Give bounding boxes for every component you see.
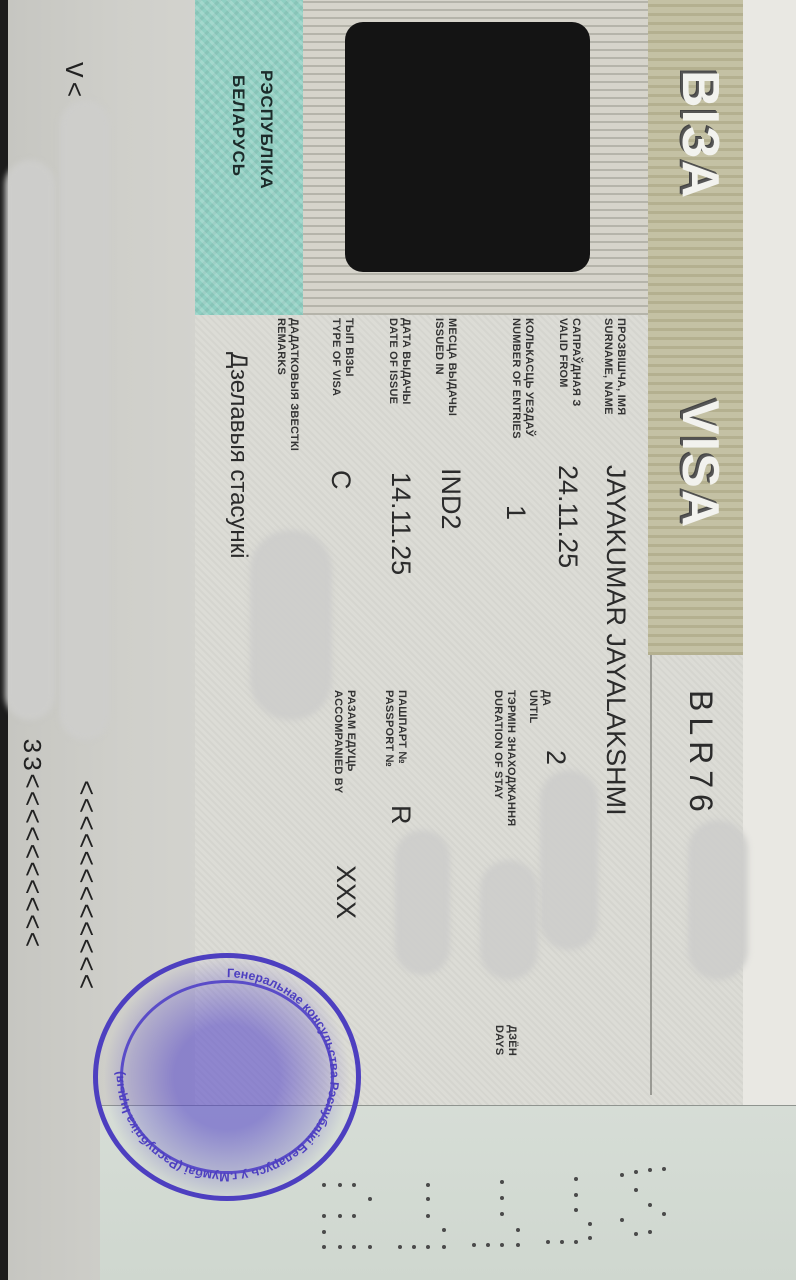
country-line-1: РЭСПУБЛІКА bbox=[254, 70, 278, 190]
redaction bbox=[540, 770, 598, 950]
label-until-by: ДА bbox=[540, 690, 552, 706]
mrz-line-1-end: <<<<<<<<<<<< bbox=[70, 780, 100, 991]
value-passport: R bbox=[387, 805, 415, 825]
label-remarks-en: REMARKS bbox=[275, 318, 287, 375]
mrz-line-1-start: V< bbox=[58, 62, 88, 101]
label-entries-by: КОЛЬКАСЦЬ УЕЗДАЎ bbox=[523, 318, 535, 437]
redaction bbox=[60, 100, 110, 740]
label-entries-en: NUMBER OF ENTRIES bbox=[510, 318, 522, 439]
redaction bbox=[5, 160, 55, 720]
label-valid-from-by: САПРАЎДНАЯ З bbox=[570, 318, 582, 407]
redaction bbox=[395, 830, 450, 975]
label-type-by: ТЫП ВІЗЫ bbox=[343, 318, 355, 377]
label-passport-by: ПАШПАРТ № bbox=[396, 690, 408, 764]
label-duration-by: ТЭРМІН ЗНАХОДЖАННЯ bbox=[505, 690, 517, 826]
value-name: JAYAKUMAR JAYALAKSHMI bbox=[602, 465, 630, 816]
label-days-by: ДЗЁН bbox=[506, 1025, 518, 1056]
label-type-en: TYPE OF VISA bbox=[330, 318, 342, 396]
svg-text:Генеральнае консульства Рэспуб: Генеральнае консульства Рэспублікі Белар… bbox=[112, 966, 341, 1184]
consulate-stamp: Генеральнае консульства Рэспублікі Белар… bbox=[93, 953, 361, 1201]
country-line-2: БЕЛАРУСЬ bbox=[226, 75, 250, 177]
label-valid-from-en: VALID FROM bbox=[557, 318, 569, 388]
stamp-text: Генеральнае консульства Рэспублікі Белар… bbox=[98, 958, 356, 1196]
label-issued-in-by: МЕСЦА ВЫДАЧЫ bbox=[446, 318, 458, 416]
value-until: 2 bbox=[542, 750, 570, 765]
visa-photo: ВІЗА VISA РЭСПУБЛІКА БЕЛАРУСЬ BLR76 ПРОЗ… bbox=[0, 0, 796, 1280]
label-accompanied-en: ACCOMPANIED BY bbox=[332, 690, 344, 793]
value-entries: 1 bbox=[502, 505, 530, 520]
label-name-by: ПРОЗВІШЧА, ІМЯ bbox=[615, 318, 627, 415]
label-passport-en: PASSPORT № bbox=[383, 690, 395, 767]
label-name-en: SURNAME, NAME bbox=[602, 318, 614, 415]
value-accompanied: XXX bbox=[332, 865, 360, 919]
value-valid-from: 24.11.25 bbox=[554, 465, 582, 568]
mrz-line-2-end: 33<<<<<<<<<< bbox=[16, 738, 46, 949]
label-issued-in-en: ISSUED IN bbox=[433, 318, 445, 375]
title-english: VISA bbox=[670, 400, 730, 529]
label-remarks-by: ДАДАТКОВЫЯ ЗВЕСТКІ bbox=[288, 318, 300, 451]
title-belarusian: ВІЗА bbox=[670, 70, 730, 200]
value-type: C bbox=[327, 470, 355, 490]
label-date-issue-by: ДАТА ВЫДАЧЫ bbox=[400, 318, 412, 405]
visa-number: BLR76 bbox=[687, 690, 715, 818]
label-accompanied-by: РАЗАМ ЕДУЦЬ bbox=[345, 690, 357, 772]
right-margin bbox=[743, 0, 796, 1110]
label-days-en: DAYS bbox=[493, 1025, 505, 1055]
redacted-photo bbox=[345, 22, 590, 272]
redaction bbox=[480, 860, 538, 980]
label-date-issue-en: DATE OF ISSUE bbox=[387, 318, 399, 404]
value-remarks: Дзелавыя стасункі bbox=[224, 352, 252, 559]
label-duration-en: DURATION OF STAY bbox=[492, 690, 504, 799]
redaction bbox=[250, 530, 332, 720]
redaction bbox=[688, 820, 748, 980]
security-line bbox=[650, 655, 652, 1095]
value-issued-in: IND2 bbox=[437, 468, 465, 530]
value-date-issue: 14.11.25 bbox=[387, 472, 415, 575]
label-until-en: UNTIL bbox=[527, 690, 539, 723]
